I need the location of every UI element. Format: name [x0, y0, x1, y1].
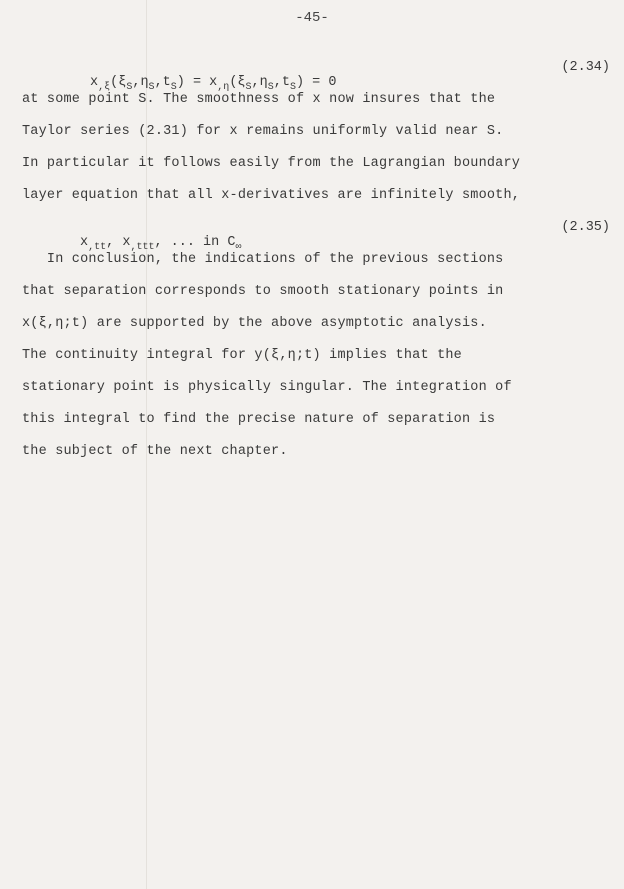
text-line: In particular it follows easily from the…: [22, 156, 520, 171]
text-line: that separation corresponds to smooth st…: [22, 284, 503, 299]
text-line: at some point S. The smoothness of x now…: [22, 92, 495, 107]
page-number: -45-: [0, 10, 624, 26]
text-line: In conclusion, the indications of the pr…: [22, 252, 503, 267]
text-line: The continuity integral for y(ξ,η;t) imp…: [22, 348, 462, 363]
equation-2-35: x,tt, x,ttt, ... in C∞: [80, 220, 241, 253]
equation-number: (2.35): [561, 220, 610, 235]
text-line: x(ξ,η;t) are supported by the above asym…: [22, 316, 487, 331]
text-line: this integral to find the precise nature…: [22, 412, 495, 427]
equation-2-34: x,ξ(ξS,ηS,tS) = x,η(ξS,ηS,tS) = 0: [90, 60, 336, 93]
text-line: Taylor series (2.31) for x remains unifo…: [22, 124, 503, 139]
text-line: layer equation that all x-derivatives ar…: [22, 188, 520, 203]
equation-number: (2.34): [561, 60, 610, 75]
text-line: the subject of the next chapter.: [22, 444, 288, 459]
text-line: stationary point is physically singular.…: [22, 380, 512, 395]
